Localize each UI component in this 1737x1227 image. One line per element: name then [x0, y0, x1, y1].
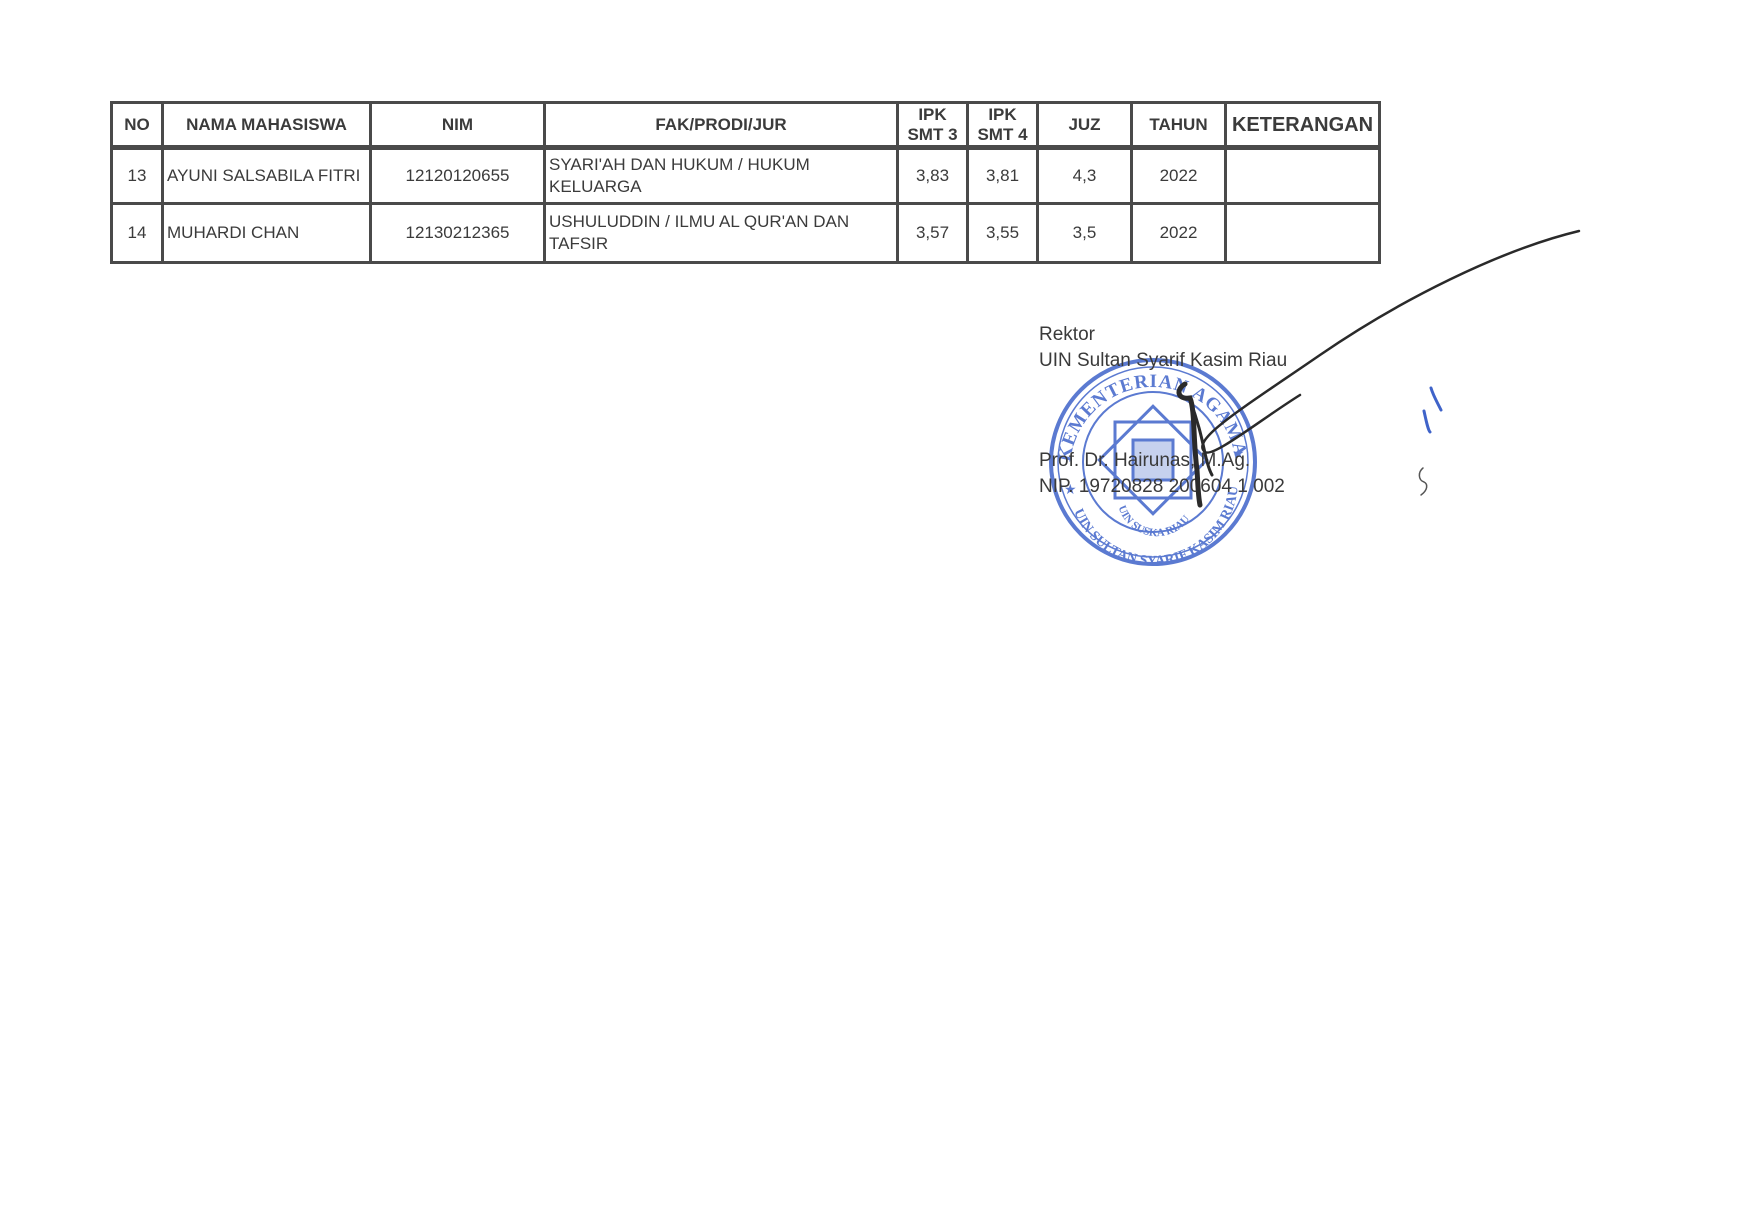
cell-keterangan [1226, 204, 1380, 263]
cell-juz: 4,3 [1038, 148, 1132, 204]
cell-tahun: 2022 [1132, 148, 1226, 204]
cell-keterangan [1226, 148, 1380, 204]
header-nama: NAMA MAHASISWA [163, 103, 371, 148]
header-no: NO [112, 103, 163, 148]
signatory-title: Rektor [1039, 322, 1287, 348]
cell-ipk-smt4: 3,55 [968, 204, 1038, 263]
header-ipk-smt3: IPKSMT 3 [898, 103, 968, 148]
header-ipk-smt4: IPKSMT 4 [968, 103, 1038, 148]
signatory-name: Prof. Dr. Hairunas, M.Ag. [1039, 448, 1287, 474]
signatory-institution: UIN Sultan Syarif Kasim Riau [1039, 348, 1287, 374]
student-table: NO NAMA MAHASISWA NIM FAK/PRODI/JUR IPKS… [110, 101, 1381, 264]
cell-ipk-smt3: 3,57 [898, 204, 968, 263]
cell-nim: 12120120655 [371, 148, 545, 204]
header-fak: FAK/PRODI/JUR [545, 103, 898, 148]
cell-nama: MUHARDI CHAN [163, 204, 371, 263]
cell-nama: AYUNI SALSABILA FITRI [163, 148, 371, 204]
header-row: NO NAMA MAHASISWA NIM FAK/PRODI/JUR IPKS… [112, 103, 1380, 148]
cell-tahun: 2022 [1132, 204, 1226, 263]
cell-ipk-smt4: 3,81 [968, 148, 1038, 204]
svg-text:UIN SUSKA RIAU: UIN SUSKA RIAU [1116, 504, 1193, 540]
table-row: 13 AYUNI SALSABILA FITRI 12120120655 SYA… [112, 148, 1380, 204]
header-keterangan: KETERANGAN [1226, 103, 1380, 148]
header-juz: JUZ [1038, 103, 1132, 148]
signatory-nip: NIP. 19720828 200604 1 002 [1039, 474, 1287, 500]
cell-fak: USHULUDDIN / ILMU AL QUR'AN DANTAFSIR [545, 204, 898, 263]
signature-block: Rektor UIN Sultan Syarif Kasim Riau Prof… [1039, 323, 1287, 500]
header-tahun: TAHUN [1132, 103, 1226, 148]
document-page: NO NAMA MAHASISWA NIM FAK/PRODI/JUR IPKS… [0, 0, 1737, 1227]
cell-no: 13 [112, 148, 163, 204]
cell-nim: 12130212365 [371, 204, 545, 263]
table-row: 14 MUHARDI CHAN 12130212365 USHULUDDIN /… [112, 204, 1380, 263]
cell-no: 14 [112, 204, 163, 263]
cell-juz: 3,5 [1038, 204, 1132, 263]
cell-fak: SYARI'AH DAN HUKUM / HUKUMKELUARGA [545, 148, 898, 204]
cell-ipk-smt3: 3,83 [898, 148, 968, 204]
header-nim: NIM [371, 103, 545, 148]
